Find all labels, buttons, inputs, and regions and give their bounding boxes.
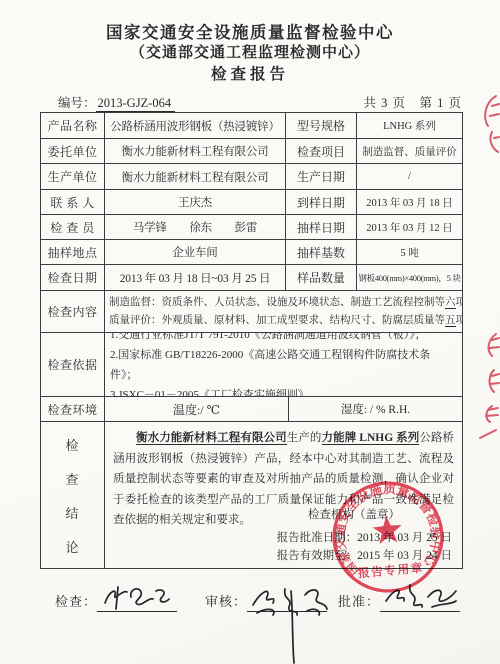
- org-name-line1: 国家交通安全设施质量监督检验中心: [0, 22, 500, 43]
- row-value2: 2013 年 03 月 12 日: [356, 215, 462, 239]
- row-label2: 检查项目: [285, 139, 356, 163]
- review-signature-group: 审核：: [205, 588, 327, 612]
- page-info: 共 3 页 第 1 页: [363, 93, 462, 111]
- check-label: 检查：: [55, 591, 97, 612]
- row-value: 衡水力能新材料工程有限公司: [104, 139, 285, 163]
- stamp-star-icon: [372, 514, 403, 544]
- org-name-line2: （交通部交通工程监理检测中心）: [0, 43, 500, 64]
- content-line-2: 质量评价：外观质量、原材料、加工成型要求、结构尺寸、防腐层质量等五项。: [109, 312, 462, 330]
- row-value: 企业车间: [104, 240, 285, 264]
- row-value: 公路桥涵用波形钢板（热浸镀锌）: [104, 113, 285, 138]
- scanned-report-page: 国家交通安全设施质量监督检验中心 （交通部交通工程监理检测中心） 检查报告 编号…: [0, 0, 500, 664]
- report-number-row: 编号：2013-GJZ-064 共 3 页 第 1 页: [58, 93, 462, 111]
- basis-text: 1.交通行业标准JT/T 791-2010《公路涵洞通道用波纹钢管（板）》； 2…: [104, 333, 462, 396]
- review-signature: [247, 588, 327, 612]
- table-row-inspection-date: 检查日期 2013 年 03 月 18 日~03 月 25 日 样品数量 钢板4…: [41, 264, 462, 290]
- row-value: 王庆杰: [104, 190, 285, 214]
- table-row-basis: 检查依据 1.交通行业标准JT/T 791-2010《公路涵洞通道用波纹钢管（板…: [41, 332, 462, 396]
- review-label: 审核：: [205, 591, 247, 612]
- row-value2: 钢板400(mm)×400(mm)，5 块: [356, 265, 462, 290]
- row-label: 委托单位: [41, 139, 104, 163]
- row-label2: 抽样基数: [285, 240, 356, 264]
- check-signature: [97, 588, 177, 612]
- report-title: 检查报告: [0, 64, 500, 86]
- handwritten-signature: [99, 583, 173, 613]
- table-row-sampling-place: 抽样地点 企业车间 抽样基数 5 吨: [41, 239, 462, 264]
- table-row-inspectors: 检 查 员 马学锋 徐东 彭雷 抽样日期 2013 年 03 月 12 日: [41, 214, 462, 239]
- table-row-environment: 检查环境 温度:/ ℃ 湿度: / % R.H.: [41, 396, 462, 421]
- row-value2: 5 吨: [356, 240, 462, 264]
- table-row-content: 检查内容 制造监督：资质条件、人员状态、设施及环境状态、制造工艺流程控制等六项；…: [41, 290, 462, 332]
- table-row-manufacturer: 生产单位 衡水力能新材料工程有限公司 生产日期 /: [41, 163, 462, 189]
- row-value: 衡水力能新材料工程有限公司: [104, 164, 285, 189]
- row-label2: 样品数量: [285, 265, 356, 290]
- row-value: 2013 年 03 月 18 日~03 月 25 日: [104, 265, 285, 290]
- content-line-1: 制造监督：资质条件、人员状态、设施及环境状态、制造工艺流程控制等六项；: [109, 294, 462, 312]
- row-label: 检查依据: [41, 333, 104, 396]
- row-label: 检查日期: [41, 265, 104, 290]
- row-label2: 抽样日期: [285, 215, 356, 239]
- row-label: 产品名称: [41, 113, 104, 138]
- report-number-label: 编号：: [58, 96, 96, 110]
- basis-item: 1.交通行业标准JT/T 791-2010《公路涵洞通道用波纹钢管（板）》；: [110, 333, 426, 345]
- stamp-bottom-text: 报告专用章: [357, 561, 424, 581]
- basis-item: 3.JSXC－01－2005《工厂检查实施细则》。: [110, 385, 314, 397]
- row-label2: 型号规格: [285, 113, 356, 138]
- conclusion-label: 检 查 结 论: [41, 422, 104, 568]
- row-value2: LNHG 系列: [356, 113, 462, 138]
- check-signature-group: 检查：: [55, 588, 177, 612]
- handwritten-signature: [249, 583, 333, 664]
- env-temperature: 温度:/ ℃: [104, 397, 288, 421]
- report-number-value: 2013-GJZ-064: [96, 96, 176, 112]
- report-number: 编号：2013-GJZ-064: [58, 93, 175, 111]
- stamp-fragment-top: [468, 92, 500, 156]
- stamp-fragment-middle: [472, 330, 500, 396]
- row-label: 检查内容: [41, 291, 104, 332]
- row-label2: 到样日期: [285, 190, 356, 214]
- env-humidity: 湿度: / % R.H.: [288, 397, 462, 421]
- basis-item: 2.国家标准 GB/T18226-2000《高速公路交通工程钢构件防腐技术条件》…: [110, 345, 457, 385]
- row-value2: 2013 年 03 月 18 日: [356, 190, 462, 214]
- table-row-client: 委托单位 衡水力能新材料工程有限公司 检查项目 制造监督、质量评价: [41, 138, 462, 163]
- official-round-stamp: 国家交通安全设施质量监督检验中心 报告专用章: [329, 478, 447, 601]
- row-label: 抽样地点: [41, 240, 104, 264]
- row-label: 联 系 人: [41, 190, 104, 214]
- row-label: 检查环境: [41, 397, 104, 421]
- report-header: 国家交通安全设施质量监督检验中心 （交通部交通工程监理检测中心） 检查报告: [0, 0, 500, 86]
- table-row-contact: 联 系 人 王庆杰 到样日期 2013 年 03 月 18 日: [41, 189, 462, 214]
- row-label: 检 查 员: [41, 215, 104, 239]
- row-value2: 制造监督、质量评价: [356, 139, 462, 163]
- row-label2: 生产日期: [285, 164, 356, 189]
- stamp-fragment-lower: [466, 404, 500, 450]
- row-value2: /: [356, 164, 462, 189]
- content-text: 制造监督：资质条件、人员状态、设施及环境状态、制造工艺流程控制等六项； 质量评价…: [104, 291, 462, 332]
- table-row-product: 产品名称 公路桥涵用波形钢板（热浸镀锌） 型号规格 LNHG 系列: [41, 113, 462, 138]
- row-label: 生产单位: [41, 164, 104, 189]
- row-value: 马学锋 徐东 彭雷: [104, 215, 285, 239]
